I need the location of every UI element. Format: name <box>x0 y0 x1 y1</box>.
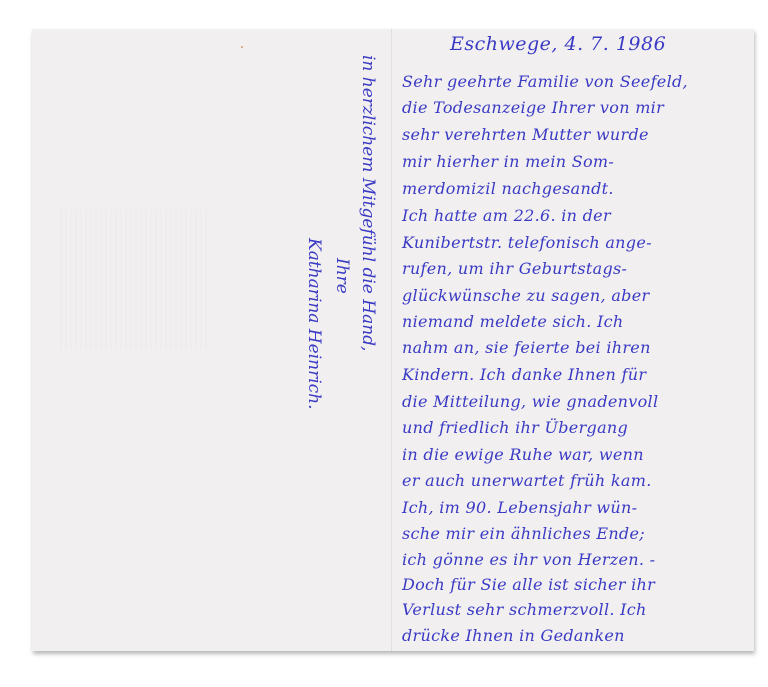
right-page: Eschwege, 4. 7. 1986 Sehr geehrte Famili… <box>400 29 750 651</box>
letter-date: Eschwege, 4. 7. 1986 <box>450 33 666 55</box>
letter-line: drücke Ihnen in Gedanken <box>402 626 625 645</box>
letter-line: Kunibertstr. telefonisch ange- <box>402 233 652 252</box>
letter-line: und friedlich ihr Übergang <box>402 418 628 437</box>
letter-card: in herzlichem Mitgefühl die Hand, Ihre K… <box>32 29 754 651</box>
letter-line: Kindern. Ich danke Ihnen für <box>402 365 646 384</box>
closing-salutation: Ihre <box>332 258 352 294</box>
letter-line: sche mir ein ähnliches Ende; <box>402 524 645 543</box>
letter-line: Ich hatte am 22.6. in der <box>402 206 611 225</box>
letter-line: rufen, um ihr Geburtstags- <box>402 259 627 278</box>
paper-spot <box>241 46 243 48</box>
letter-line: Sehr geehrte Familie von Seefeld, <box>402 72 688 91</box>
letter-line: die Todesanzeige Ihrer von mir <box>402 98 664 117</box>
letter-line: merdomizil nachgesandt. <box>402 179 614 198</box>
letter-line: nahm an, sie feierte bei ihren <box>402 338 651 357</box>
letter-line: mir hierher in mein Som- <box>402 152 614 171</box>
letter-line: die Mitteilung, wie gnadenvoll <box>402 392 658 411</box>
letter-line: Ich, im 90. Lebensjahr wün- <box>402 498 637 517</box>
card-fold-line <box>391 29 392 651</box>
closing-rotated-text: in herzlichem Mitgefühl die Hand, Ihre K… <box>280 53 380 523</box>
letter-line: Doch für Sie alle ist sicher ihr <box>402 575 655 594</box>
signature: Katharina Heinrich. <box>304 238 324 410</box>
closing-line: in herzlichem Mitgefühl die Hand, <box>358 55 378 351</box>
letter-line: er auch unerwartet früh kam. <box>402 471 652 490</box>
letter-line: Verlust sehr schmerzvoll. Ich <box>402 600 647 619</box>
letter-line: niemand meldete sich. Ich <box>402 312 624 331</box>
letter-line: glückwünsche zu sagen, aber <box>402 286 649 305</box>
letter-line: in die ewige Ruhe war, wenn <box>402 445 644 464</box>
faint-print-impression <box>60 209 210 349</box>
letter-line: sehr verehrten Mutter wurde <box>402 125 649 144</box>
letter-line: ich gönne es ihr von Herzen. - <box>402 550 655 569</box>
